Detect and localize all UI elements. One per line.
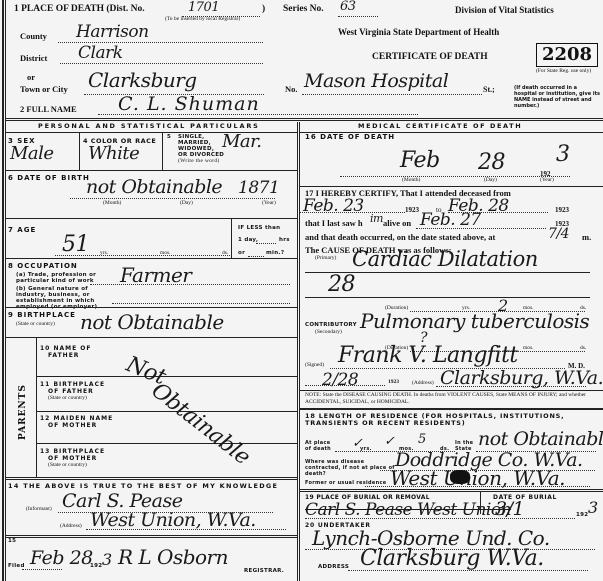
- dod-month-value: Feb: [400, 148, 440, 173]
- registrar-signature: R L Osborn: [118, 545, 228, 569]
- duration2-mos-caption: mos.: [523, 345, 534, 351]
- county-label: County: [20, 31, 47, 41]
- dod-day-caption: (Day): [484, 177, 497, 183]
- row-rule-occupation: [5, 258, 297, 259]
- last-saw-pronoun: im: [370, 212, 383, 225]
- district-label: District: [20, 53, 47, 63]
- filed-date-line: [22, 569, 62, 570]
- primary-cause-value: Cardiac Dilatation: [352, 247, 538, 271]
- min-label: min.?: [266, 250, 284, 256]
- hrs-line: [256, 243, 276, 244]
- marital-label-num: 5: [167, 134, 171, 140]
- row-rule-parents: [5, 337, 297, 338]
- father-birthplace-label: 11 BIRTHPLACE OF FATHER (State or countr…: [40, 381, 105, 402]
- signed-caption: (Signed): [305, 362, 324, 368]
- informant-address-value: West Union, W.Va.: [90, 509, 256, 531]
- row-rule-filed: [5, 535, 297, 538]
- less-than-divider: [231, 218, 232, 258]
- label-line: 11 BIRTHPLACE: [40, 381, 105, 388]
- race-divider: [162, 133, 163, 170]
- dob-year-caption: (Year): [262, 200, 276, 206]
- parents-vertical-label: PARENTS: [18, 384, 28, 440]
- town-label: Town or City: [20, 84, 68, 94]
- attended-from-year: 1923: [405, 206, 419, 214]
- state-reg-note: (For State Reg. use only): [536, 68, 591, 74]
- sex-divider: [79, 133, 80, 170]
- age-value: 51: [62, 232, 89, 257]
- filed-year-prefix: 192: [90, 563, 102, 569]
- label-line: OF FATHER: [40, 388, 105, 395]
- dod-day-value: 28: [478, 150, 505, 175]
- physician-address-line: [436, 386, 586, 387]
- hrs-label: hrs: [279, 237, 290, 243]
- occupation-value: Farmer: [120, 263, 191, 287]
- age-line: [55, 255, 230, 256]
- former-residence-value: West Union, W.Va.: [390, 466, 565, 490]
- label-line: 10 NAME OF: [40, 345, 91, 352]
- death-time-value: 7/4: [548, 226, 569, 242]
- personal-section-title: PERSONAL AND STATISTICAL PARTICULARS: [38, 122, 260, 130]
- physician-address-caption: (Address): [412, 380, 434, 386]
- county-value: Harrison: [76, 22, 149, 42]
- certificate-title: CERTIFICATE OF DEATH: [372, 52, 488, 62]
- town-value: Clarksburg: [88, 68, 197, 92]
- header-divider: [5, 118, 603, 121]
- dod-line: [340, 176, 570, 177]
- father-name-label: 10 NAME OF FATHER: [40, 345, 91, 359]
- attended-from-line: [300, 212, 405, 213]
- burial-place-value: Carl S. Pease West Union: [305, 500, 511, 520]
- at-place-label: At place of death: [305, 440, 337, 452]
- or-min-label: or: [238, 250, 245, 256]
- secondary-caption: (Secondary): [315, 329, 342, 335]
- marital-label: SINGLE, MARRIED, WIDOWED, OR DIVORCED (W…: [178, 134, 224, 164]
- attended-to-year: 1923: [555, 206, 569, 214]
- dob-label: 6 DATE OF BIRTH: [8, 174, 90, 182]
- undertaker-address-label: ADDRESS: [318, 564, 349, 570]
- dod-month-caption: (Month): [402, 177, 420, 183]
- attended-from-value: Feb. 23: [303, 196, 364, 216]
- contracted-label: Where was disease contracted, if not at …: [305, 459, 400, 477]
- last-saw-date-value: Feb. 27: [420, 210, 481, 230]
- label-line: 13 BIRTHPLACE: [40, 448, 105, 455]
- contributory-cause-value: Pulmonary tuberculosis: [360, 309, 589, 333]
- burial-year-suffix: 3: [588, 498, 598, 517]
- primary-cause-line-2: [305, 297, 590, 298]
- series-no-value: 63: [340, 0, 356, 14]
- burial-line: [305, 518, 575, 519]
- hospital-note: (If death occurred in a hospital or inst…: [514, 85, 600, 109]
- birthplace-sub-label: (State or country): [16, 321, 55, 327]
- sex-value: Male: [10, 143, 54, 164]
- occupation-a-label: (a) Trade, profession or particular kind…: [16, 272, 102, 284]
- st-label: St.;: [483, 85, 495, 94]
- row-rule-certify: [300, 186, 603, 187]
- informant-address-caption: (Address): [60, 523, 82, 529]
- series-label: Series No.: [283, 4, 324, 14]
- death-certificate: 1 PLACE OF DEATH (Dist. No. 1701 ) (To b…: [0, 0, 603, 581]
- filed-num: 15: [8, 538, 16, 544]
- mother-name-label: 12 MAIDEN NAME OF MOTHER: [40, 415, 113, 429]
- or-label: or: [27, 72, 35, 82]
- primary-extra-value: 28: [328, 272, 355, 297]
- dist-no-close: ): [262, 4, 265, 14]
- row-rule-residence: [300, 408, 603, 410]
- disease-note: NOTE: State the DISEASE CAUSING DEATH. I…: [305, 392, 597, 405]
- informant-caption: (Informant): [26, 506, 52, 512]
- row-rule-informant: [5, 477, 297, 480]
- mother-birthplace-label: 13 BIRTHPLACE OF MOTHER (State or countr…: [40, 448, 105, 469]
- age-mos-caption: mos.: [160, 250, 171, 256]
- label-line: (State or country): [40, 395, 105, 402]
- full-name-value: C. L. Shuman: [118, 93, 260, 115]
- dob-month-day-value: not Obtainable: [86, 176, 222, 198]
- place-of-death-label: 1 PLACE OF DEATH (Dist. No.: [14, 4, 145, 14]
- contributory-label: CONTRIBUTORY: [305, 322, 357, 328]
- street-line: [302, 94, 482, 95]
- label-line: OF MOTHER: [40, 455, 105, 462]
- burial-year-prefix: 192: [576, 512, 588, 518]
- street-no-label: No.: [285, 84, 298, 94]
- birthplace-value: not Obtainable: [80, 310, 224, 334]
- age-yrs-caption: yrs.: [100, 250, 108, 256]
- signed-date-line: [305, 385, 385, 386]
- physician-signature: Frank V. Langfitt: [338, 343, 518, 368]
- birthplace-label: 9 BIRTHPLACE: [8, 311, 76, 319]
- marital-note: (Write the word): [178, 158, 224, 164]
- dob-year-value: 1871: [238, 178, 279, 198]
- dod-year-caption: (Year): [540, 177, 554, 183]
- signed-date-value: 2/28: [322, 370, 358, 390]
- at-place-yrs-caption: yrs.: [360, 446, 372, 452]
- label-line: FATHER: [40, 352, 91, 359]
- label-line: OF MOTHER: [40, 422, 113, 429]
- burial-date-value: 3/1: [495, 498, 524, 520]
- age-ds-caption: ds.: [222, 250, 228, 256]
- duration2-ds-caption: ds.: [580, 345, 586, 351]
- state-registration-number: 2208: [536, 43, 598, 67]
- occupation-b-line: [112, 303, 290, 304]
- district-line: [60, 63, 263, 64]
- center-divider: [297, 122, 300, 581]
- row-rule-birthplace: [5, 307, 297, 308]
- department-label: West Virginia State Department of Health: [338, 27, 499, 37]
- filed-year-suffix: 3: [102, 550, 112, 569]
- dob-day-caption: (Day): [180, 200, 193, 206]
- less-than-label: IF LESS than: [238, 225, 280, 231]
- street-value: Mason Hospital: [304, 70, 448, 92]
- row-rule-dob: [5, 170, 297, 171]
- death-occurred-label: and that death occurred, on the date sta…: [305, 232, 495, 242]
- label-line: (State or country): [40, 462, 105, 469]
- filed-date-value: Feb 28: [30, 547, 93, 569]
- dob-month-caption: (Month): [103, 200, 121, 206]
- left-border-inner: [5, 0, 6, 581]
- last-saw-line: [416, 228, 546, 229]
- left-border: [2, 0, 4, 581]
- ink-blot: [450, 470, 470, 484]
- occupation-label: 8 OCCUPATION: [8, 262, 78, 270]
- min-line: [248, 256, 264, 257]
- label-line: 12 MAIDEN NAME: [40, 415, 113, 422]
- informant-statement: 14 THE ABOVE IS TRUE TO THE BEST OF MY K…: [8, 482, 278, 490]
- race-value: White: [88, 143, 139, 164]
- dob-line: [70, 198, 275, 199]
- registrar-label: REGISTRAR.: [244, 568, 284, 574]
- dist-no-value: 1701: [188, 0, 219, 15]
- series-no-line: [338, 16, 378, 17]
- mother-name-rule: [37, 443, 297, 444]
- age-label: 7 AGE: [8, 226, 36, 234]
- row-rule-note: [300, 390, 603, 391]
- at-place-mos-value: ✓: [384, 434, 394, 449]
- signed-year: 1923: [388, 379, 399, 385]
- dist-no-note: (To be inserted by local Registrar): [165, 16, 240, 22]
- full-name-label: 2 FULL NAME: [20, 104, 77, 114]
- residence-label: 18 LENGTH OF RESIDENCE (FOR HOSPITALS, I…: [305, 413, 600, 427]
- alive-on-label: alive on: [383, 218, 411, 228]
- district-value: Clark: [78, 43, 123, 63]
- marital-value: Mar.: [222, 131, 262, 152]
- row-rule-burial: [300, 489, 603, 492]
- primary-caption: (Primary): [315, 255, 336, 261]
- m-label: m.: [582, 232, 591, 242]
- undertaker-address-value: Clarksburg W.Va.: [360, 546, 544, 571]
- at-place-ds-value: 5: [418, 432, 426, 447]
- in-state-value: not Obtainable: [478, 428, 603, 450]
- dod-year-suffix: 3: [556, 142, 570, 167]
- row-rule-age: [5, 218, 297, 219]
- parents-value-obtainable: Obtainable: [147, 378, 255, 470]
- medical-section-title: MEDICAL CERTIFICATE OF DEATH: [358, 122, 522, 130]
- date-of-death-label: 16 DATE OF DEATH: [305, 133, 395, 141]
- parents-divider: [36, 337, 37, 477]
- division-label: Division of Vital Statistics: [455, 5, 554, 15]
- last-saw-label: that I last saw h: [305, 218, 363, 228]
- father-name-rule: [37, 376, 297, 377]
